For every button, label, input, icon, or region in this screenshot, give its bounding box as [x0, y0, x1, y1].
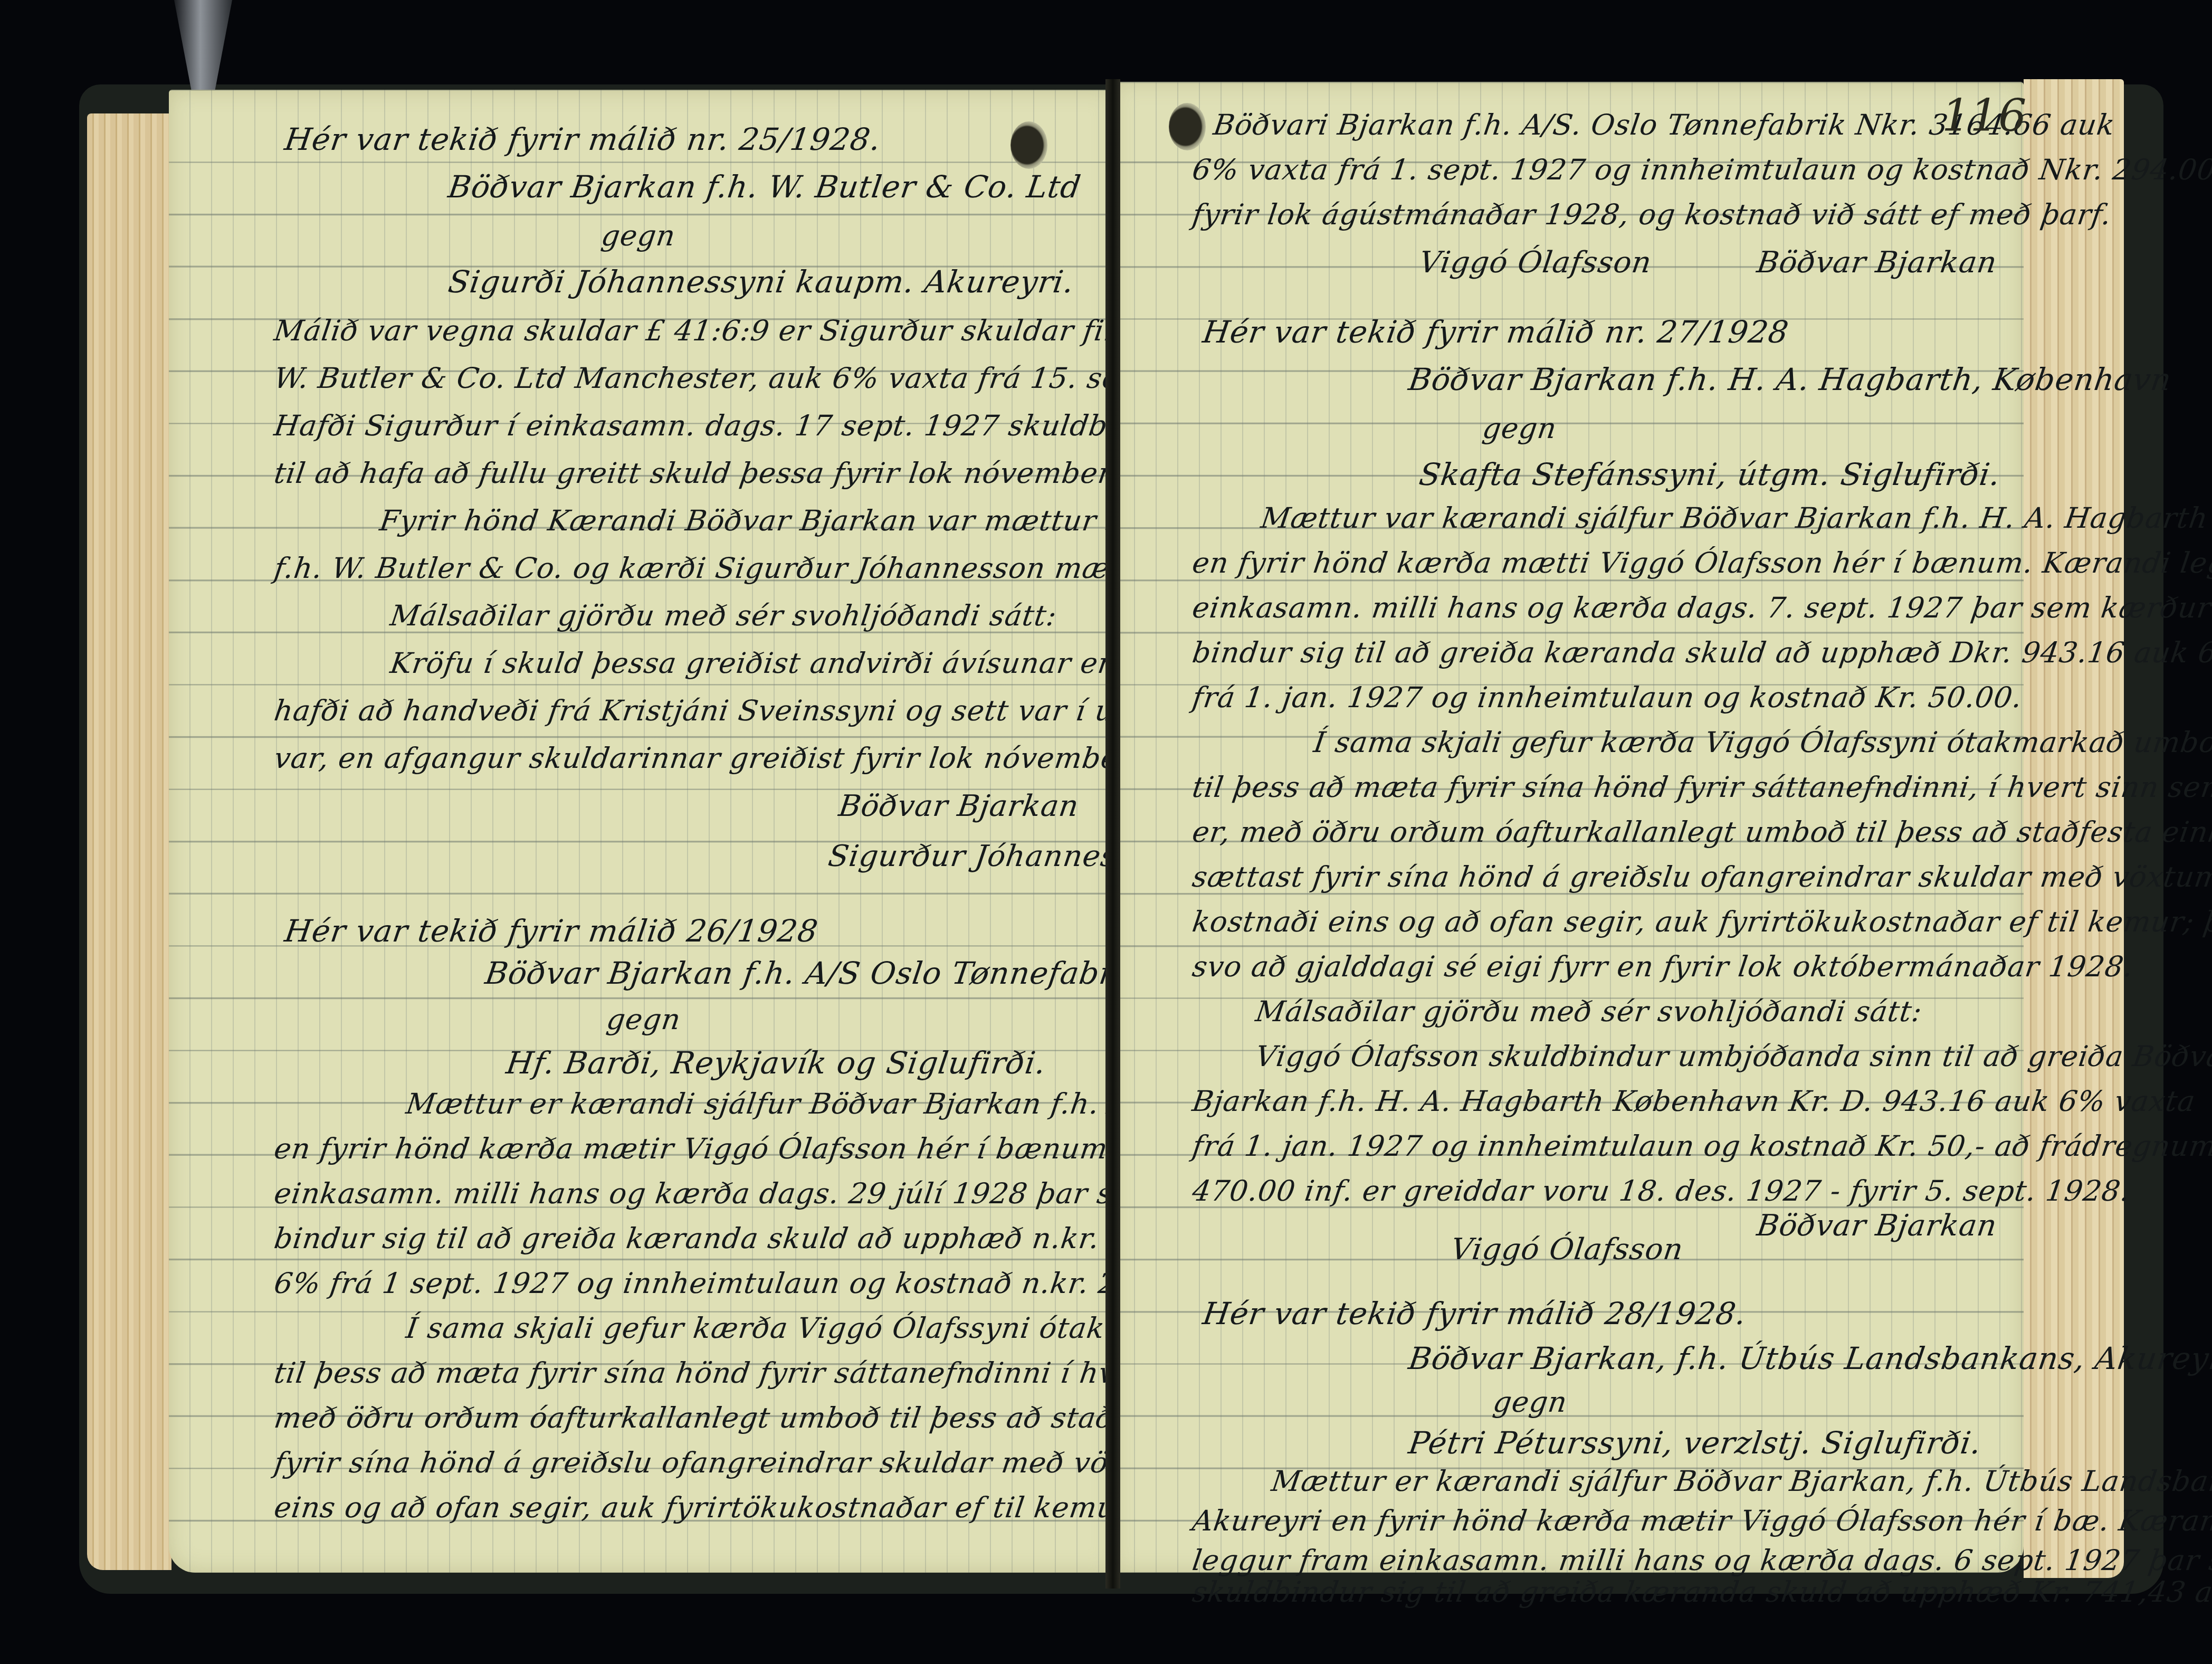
signature: Böðvar Bjarkan — [1755, 1209, 1999, 1243]
right-page: Böðvari Bjarkan f.h. A/S. Oslo Tønnefabr… — [1113, 82, 2024, 1573]
case-27-against: gegn — [1481, 412, 1559, 445]
case-28-line: skuldbindur sig til að greiða kæranda sk… — [1190, 1575, 2212, 1609]
case-27-line: er, með öðru orðum óafturkallanlegt umbo… — [1190, 815, 2212, 849]
case-27-line: Viggó Ólafsson skuldbindur umbjóðanda si… — [1254, 1040, 2212, 1073]
case-27-heading: Hér var tekið fyrir málið nr. 27/1928 — [1200, 314, 1791, 350]
punch-hole-icon — [1169, 103, 1206, 150]
case-26-defendant: Hf. Barði, Reykjavík og Siglufirði. — [504, 1045, 1048, 1081]
signature: Böðvar Bjarkan — [836, 789, 1081, 823]
case-26-plaintiff: Böðvar Bjarkan f.h. A/S Oslo Tønnefabrik — [483, 955, 1147, 991]
case-25-line: Hafði Sigurður í einkasamn. dags. 17 sep… — [272, 409, 1247, 442]
case-27-defendant: Skafta Stefánssyni, útgm. Siglufirði. — [1417, 457, 2003, 492]
punch-hole-icon — [1010, 121, 1047, 169]
case-25-line: Fyrir hönd Kærandi Böðvar Bjarkan var mæ… — [378, 504, 1205, 537]
case-27-line: einkasamn. milli hans og kærða dags. 7. … — [1190, 591, 2212, 624]
case-26-against: gegn — [605, 1003, 683, 1036]
case-27-line: Mættur var kærandi sjálfur Böðvar Bjarka… — [1259, 501, 2210, 535]
case-27-line: Málsaðilar gjörðu með sér svohljóðandi s… — [1254, 995, 1924, 1028]
case-27-line: frá 1. jan. 1927 og innheimtulaun og kos… — [1190, 1129, 2212, 1163]
case-25-heading: Hér var tekið fyrir málið nr. 25/1928. — [282, 121, 883, 157]
left-page-edges — [87, 113, 171, 1570]
signature: Viggó Ólafsson — [1448, 1232, 1685, 1267]
case-27-line: kostnaði eins og að ofan segir, auk fyri… — [1190, 905, 2212, 938]
case-27-line: Bjarkan f.h. H. A. Hagbarth København Kr… — [1190, 1085, 2198, 1118]
case-28-plaintiff: Böðvar Bjarkan, f.h. Útbús Landsbankans,… — [1406, 1340, 2212, 1376]
case-27-plaintiff: Böðvar Bjarkan f.h. H. A. Hagbarth, Købe… — [1406, 362, 2174, 397]
case-28-defendant: Pétri Péturssyni, verzlstj. Siglufirði. — [1406, 1425, 1984, 1461]
case-27-line: Í sama skjali gefur kærða Viggó Ólafssyn… — [1312, 726, 2212, 759]
case-27-line: frá 1. jan. 1927 og innheimtulaun og kos… — [1190, 681, 2025, 714]
case-28-heading: Hér var tekið fyrir málið 28/1928. — [1200, 1296, 1749, 1332]
page-number: 116 — [1942, 90, 2026, 141]
case-27-line: svo að gjalddagi sé eigi fyrr en fyrir l… — [1190, 950, 2136, 983]
case-26-continued-line: fyrir lok ágústmánaðar 1928, og kostnað … — [1190, 198, 2114, 231]
case-28-against: gegn — [1491, 1385, 1570, 1419]
book-gutter — [1105, 79, 1120, 1589]
case-25-against: gegn — [599, 219, 678, 252]
left-page: Hér var tekið fyrir málið nr. 25/1928. B… — [169, 90, 1113, 1573]
case-25-line: Málsaðilar gjörðu með sér svohljóðandi s… — [388, 599, 1059, 632]
case-27-line: 470.00 inf. er greiddar voru 18. des. 19… — [1190, 1174, 2133, 1207]
case-26-continued-line: 6% vaxta frá 1. sept. 1927 og innheimtul… — [1190, 153, 2212, 186]
scan-background: Hér var tekið fyrir málið nr. 25/1928. B… — [0, 0, 2212, 1664]
case-27-line: bindur sig til að greiða kæranda skuld a… — [1190, 636, 2212, 669]
case-26-line: 6% frá 1 sept. 1927 og innheimtulaun og … — [272, 1267, 1167, 1300]
case-27-line: en fyrir hönd kærða mætti Viggó Ólafsson… — [1190, 546, 2212, 579]
case-28-line: Akureyri en fyrir hönd kærða mætir Viggó… — [1190, 1504, 2212, 1537]
signature: Böðvar Bjarkan — [1755, 245, 1999, 280]
case-26-heading: Hér var tekið fyrir málið 26/1928 — [282, 913, 820, 949]
signature: Viggó Ólafsson — [1417, 245, 1654, 280]
case-28-line: leggur fram einkasamn. milli hans og kær… — [1190, 1544, 2212, 1577]
case-27-line: til þess að mæta fyrir sína hönd fyrir s… — [1190, 771, 2212, 804]
case-25-defendant: Sigurði Jóhannessyni kaupm. Akureyri. — [446, 264, 1076, 300]
case-25-line: Málið var vegna skuldar £ 41:6:9 er Sigu… — [272, 314, 1204, 347]
case-25-plaintiff: Böðvar Bjarkan f.h. W. Butler & Co. Ltd — [446, 169, 1083, 205]
case-27-line: sættast fyrir sína hönd á greiðslu ofang… — [1190, 860, 2212, 893]
case-28-line: Mættur er kærandi sjálfur Böðvar Bjarkan… — [1270, 1465, 2212, 1498]
